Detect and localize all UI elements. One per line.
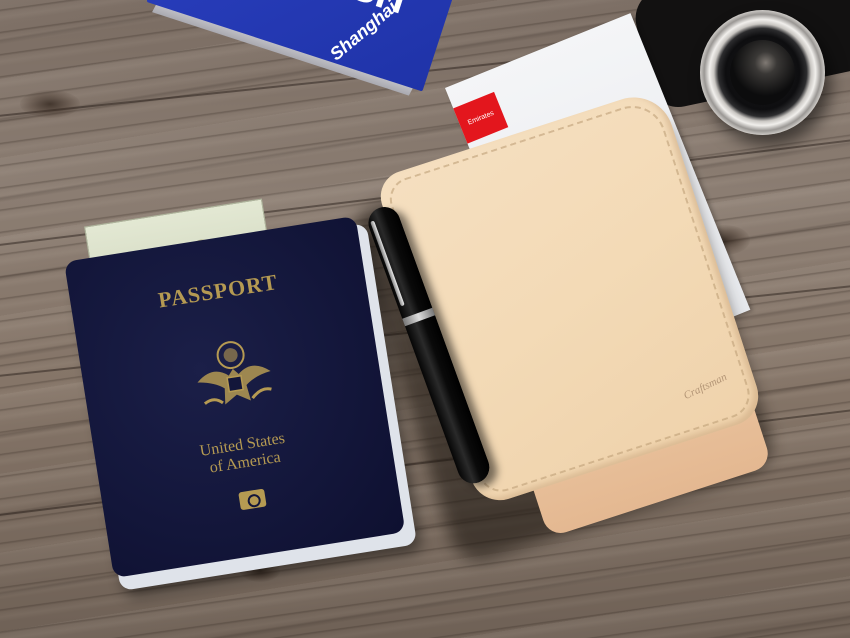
passport-title: PASSPORT xyxy=(70,255,365,327)
pen-band xyxy=(402,308,435,326)
desk-scene: SH Shanghai Emirates Craftsman 20 PASSPO… xyxy=(0,0,850,638)
biometric-chip-icon xyxy=(238,489,266,511)
wood-knot xyxy=(20,90,80,118)
airline-logo: Emirates xyxy=(453,92,508,144)
passport: PASSPORT United States of America xyxy=(64,216,405,578)
eagle-seal-icon xyxy=(183,330,284,423)
guidebook: SH Shanghai xyxy=(134,0,466,133)
passport-country: United States of America xyxy=(95,413,392,494)
lens-glass xyxy=(730,40,795,105)
guidebook-cover xyxy=(147,0,457,92)
